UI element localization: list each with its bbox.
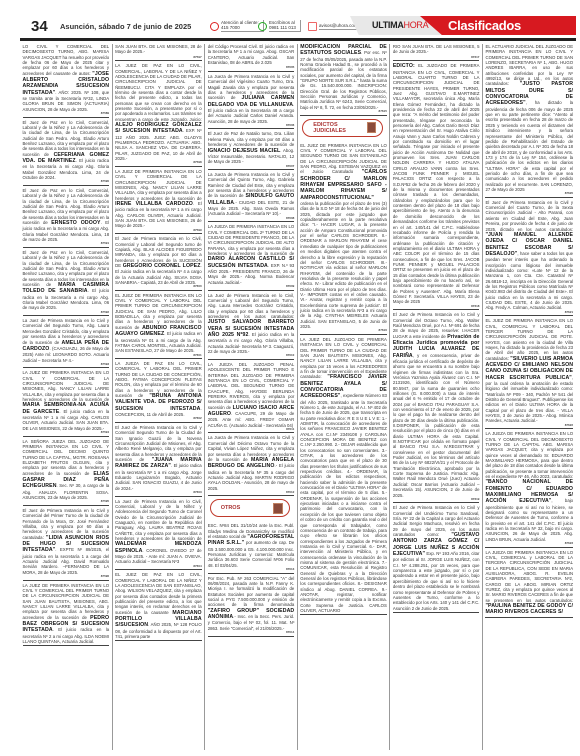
ad-code: 87617 xyxy=(393,56,480,60)
ad-code: 87616 xyxy=(300,329,387,333)
classified-ad: LA JUEZA DE PAZ EN LO CIVIL, COMERCIAL Y… xyxy=(115,361,202,423)
classified-ad: El Juez de Primera Instancia en lo Civil… xyxy=(485,200,573,316)
classified-ad: El Juez de Paz en lo Civil, Comercial, L… xyxy=(23,250,110,316)
ad-subject: IGNACIO DEJESUS MACIEL xyxy=(208,148,281,154)
ad-code: 87599 xyxy=(115,229,202,233)
classified-ad: LA JUEZ DE PRIMERA INSTANCIA EN LO CIVIL… xyxy=(23,583,110,647)
ad-text: LA JUEZ DE PAZ EN LO CIVIL, COMERCIAL, L… xyxy=(115,63,202,121)
classified-ad: SAN JUAN BTA. DE LAS MISIONES, 28 de May… xyxy=(115,44,202,61)
header-rule xyxy=(20,38,576,41)
ad-code: 87622 xyxy=(485,424,573,428)
ad-text: EL ACTUARIO JUDICIAL DEL JUZGADO DE PRIM… xyxy=(485,44,573,86)
ad-code: 87593 xyxy=(23,363,110,367)
column-5: RIO SAN JUAN BTA. DE LAS MISIONES, 5 de … xyxy=(390,44,483,750)
classified-ad: El Juez de Paz de Natalio turno, Dra. Li… xyxy=(208,131,295,170)
ad-code: 87594 xyxy=(23,431,110,435)
ad-text: LA JUEZ DE PRIMERA INSTANCIA EN LO CIVIL… xyxy=(115,169,202,201)
ad-text: , expediente Número 83 del Año 2025, tra… xyxy=(300,393,387,613)
ad-code: 87601 xyxy=(115,354,202,358)
classified-ad: LA JUEZA DEL JUZGADO PENAL ADOLESCENTE D… xyxy=(208,362,295,434)
whatsapp-icon xyxy=(258,22,267,31)
ad-subject: ERNESTO ODOOY xyxy=(51,220,100,226)
ad-code: 87600 xyxy=(115,285,202,289)
column-6: EL ACTUARIO JUDICIAL DEL JUZGADO DE PRIM… xyxy=(483,44,576,750)
ad-text: Exp. Nº 193 Año 2016, citar por edictos … xyxy=(393,551,480,610)
column-2: SAN JUAN BTA. DE LAS MISIONES, 28 de May… xyxy=(113,44,206,750)
ad-text: , ha dictado la providencia de fecha 006… xyxy=(485,100,573,192)
email-icon xyxy=(308,22,317,31)
ad-text: EL JUZGADO DE PRIMERA INSTANCIA EN LO CI… xyxy=(393,63,480,304)
customer-service-contact: Atención al cliente:415 7000 xyxy=(210,18,264,34)
classified-ad: LA JUEZ DE PRIMERA INSTANCIA EN LO CIVIL… xyxy=(115,169,202,234)
classified-ad: La Juez de Primera Instancia en lo Civil… xyxy=(115,499,202,571)
classified-ad: El Juez de Paz en lo Civil, Comercial, L… xyxy=(23,188,110,248)
ad-code: 87611 xyxy=(208,428,295,432)
ad-text: Por Esc. Pub. Nº 263 COMERCIAL "A" del 0… xyxy=(208,576,295,608)
classified-ad: El Juez de Primera Instancia en lo Civil… xyxy=(115,425,202,497)
classified-ad: del Código Procesal Civil. El juicio rad… xyxy=(208,44,295,72)
classified-ad: El Juez de Primera Instancia en lo Civil… xyxy=(115,236,202,291)
ad-code: 87613 xyxy=(208,568,295,572)
classified-ad: Por Esc. Pub. Nº 263 COMERCIAL "A" del 0… xyxy=(208,576,295,637)
ad-code: 87597 xyxy=(115,56,202,60)
classified-ad: LA JUEZ DE PRIMERA INSTANCIA EN LO CIVIL… xyxy=(23,370,110,436)
classified-ad: LA SEÑORA JUEZA DEL JUZGADO DE PRIMERA I… xyxy=(23,439,110,506)
ad-subject: GREGORIO CORONEL LOPEZ xyxy=(123,263,201,269)
ad-code: 87606 xyxy=(208,124,295,128)
ad-code: 87615 xyxy=(300,110,387,114)
ad-text: , hace saber a todos los que puedan tene… xyxy=(485,251,573,310)
ad-code: 87619 xyxy=(393,498,480,502)
classified-ad: LA JUEZA DE PRIMERA INSTANCIA EN LO CIVI… xyxy=(485,550,573,618)
classified-ad: LA JUEZ DE PAZ EN LO CIVIL, COMERCIAL, L… xyxy=(115,63,202,167)
ad-text: EL JUEZ DE PAZ EN LO CIVIL, COMERCIAL Y … xyxy=(115,572,202,614)
ad-text: SAN JUAN BTA. DE LAS MISIONES, 28 de May… xyxy=(115,44,202,54)
ad-subject: EDICTO: xyxy=(393,63,415,69)
ad-subject: IRENE VILLALBA CARDOZO xyxy=(115,201,193,207)
ad-code: 87603 xyxy=(115,491,202,495)
classified-ad: El Juez de Paz en lo Civil, Comercial, L… xyxy=(23,120,110,186)
ad-code: 87607 xyxy=(208,165,295,169)
ad-text: La Juez de Primera Instancia en lo Civil… xyxy=(115,499,202,541)
ad-text: La Juez de Primera Instancia en lo Civil… xyxy=(208,293,295,319)
classified-ad: La Juez de Primera Instancia en lo Civil… xyxy=(208,293,295,360)
ad-text: , por la cual ordena la anotación de est… xyxy=(485,375,573,424)
classified-ad: EL JUEZ DE PAZ EN LO CIVIL, COMERCIAL Y … xyxy=(115,572,202,641)
page-header: 34 Asunción, sábado 7 de junio de 2025 A… xyxy=(20,18,576,40)
ad-code: 87609 xyxy=(208,285,295,289)
ad-text: El Juez de Primera Instancia en lo Civil… xyxy=(485,200,573,232)
classified-ad: RIO SAN JUAN BTA. DE LAS MISIONES, 5 de … xyxy=(393,44,480,61)
classified-ad: EDICTO: EL JUZGADO DE PRIMERA INSTANCIA … xyxy=(393,63,480,310)
ad-code: 87591 xyxy=(23,242,110,246)
ad-code: 87610 xyxy=(208,354,295,358)
section-title: Clasificados xyxy=(448,18,521,33)
ad-text: EL JUEZ DE PRIMERA INSTANCIA EN LO CIVIL… xyxy=(485,318,573,360)
section-header-edictos: EDICTOS JUDICIALES xyxy=(302,119,383,137)
whatsapp-contact: Escríbinos al0981 111 013 xyxy=(258,18,301,34)
ad-code: 87590 xyxy=(23,180,110,184)
ad-code: 87605 xyxy=(208,66,295,70)
ad-code: 87623 xyxy=(485,542,573,546)
ad-text: , y en consecuencia, privar de eficacia … xyxy=(393,353,480,498)
classified-ad: EL JUEZ DE PRIMERA INSTANCIA EN LO CIVIL… xyxy=(485,318,573,429)
ad-text: RIO SAN JUAN BTA. DE LAS MISIONES, 5 de … xyxy=(393,44,480,54)
ad-text: LA JUEZA DE PRIMERA INSTANCIA EN LO CIVI… xyxy=(485,431,573,479)
ad-code: 87621 xyxy=(485,311,573,315)
ad-code: 87589 xyxy=(23,112,110,116)
gavel-book-icon xyxy=(273,503,283,514)
ad-code: 87612 xyxy=(208,491,295,495)
ad-code: 87592 xyxy=(23,311,110,315)
section-label: EDICTOS JUDICIALES xyxy=(313,122,366,134)
ad-text: LA JUEZA DE PRIMERA INSTANCIA EN LO CIVI… xyxy=(208,224,295,256)
brand-logo: ULTIMAHORA xyxy=(372,20,428,30)
publication-date: Asunción, sábado 7 de junio de 2025 xyxy=(60,22,191,31)
ad-code: 87598 xyxy=(115,161,202,165)
gavel-book-icon xyxy=(367,122,376,133)
ad-text: del Código Procesal Civil. El juicio rad… xyxy=(208,44,295,65)
classified-ad: EL JUEZ DE PRIMERA INSTANCIA EN LO CIVIL… xyxy=(300,143,387,335)
ad-code: 87618 xyxy=(393,305,480,309)
classified-ad: LO CIVIL Y COMERCIAL DEL DECIMOSEXTO TUR… xyxy=(23,44,110,118)
column-1: LO CIVIL Y COMERCIAL DEL DECIMOSEXTO TUR… xyxy=(20,44,113,750)
ad-subject: "PAULINA BENITEZ DE GODOY C/ MARIO RIVER… xyxy=(485,603,573,615)
classified-ad: La Jueza de Primera Instancia en lo Civi… xyxy=(208,435,295,496)
section-label: OTROS xyxy=(221,505,241,511)
ad-text: El Juez de Paz de Natalio turno, Dra. Li… xyxy=(208,131,295,147)
classified-ad: El Juez de Primera Instancia en lo Civil… xyxy=(393,312,480,503)
phone-icon xyxy=(210,22,219,31)
classified-ad: MODIFICACION PARCIAL DE ESTATUTOS SOCIAL… xyxy=(300,44,387,116)
ad-code: 87595 xyxy=(23,500,110,504)
classified-ad: La Jueza de Primera Instancia en lo Civi… xyxy=(208,74,295,130)
classified-ad: LA JUEZ DEL JUZGADO DE PRIMERA INSTANCIA… xyxy=(300,337,387,616)
classified-ad: La Juez de Primera Instancia en lo Civil… xyxy=(23,318,110,368)
ad-code: 87608 xyxy=(208,217,295,221)
classified-ad: El Juez de Primera Instancia en lo Civil… xyxy=(393,505,480,613)
classified-ad: ESC. Nº84 DEL 31/10/24 ante la Esc. Publ… xyxy=(208,523,295,573)
column-4: MODIFICACION PARCIAL DE ESTATUTOS SOCIAL… xyxy=(298,44,391,750)
ad-text: LA JUEZA DE PRIMERA INSTANCIA EN LO CIVI… xyxy=(485,550,573,603)
page-number: 34 xyxy=(31,18,48,35)
ad-code: 87602 xyxy=(115,417,202,421)
ad-text: LA JUEZA DEL JUZGADO PENAL ADOLESCENTE D… xyxy=(208,362,295,410)
ad-text: ordena la publicación por el plazo de tr… xyxy=(300,201,387,329)
ad-code: 87620 xyxy=(485,192,573,196)
ad-code: 87596 xyxy=(23,575,110,579)
column-3: del Código Procesal Civil. El juicio rad… xyxy=(205,44,298,750)
classifieds-columns: LO CIVIL Y COMERCIAL DEL DECIMOSEXTO TUR… xyxy=(20,44,576,750)
classified-ad: LA JUEZA DE PRIMERA INSTANCIA EN LO CIVI… xyxy=(208,224,295,290)
classified-ad: El Juez de Primera Instancia en lo Civil… xyxy=(23,508,110,581)
classified-ad: EL ACTUARIO JUDICIAL DEL JUZGADO DE PRIM… xyxy=(485,44,573,198)
classified-ad: EL JUEZ DE PRIMERA INSTANCIA EN LO CIVIL… xyxy=(115,293,202,359)
classified-ad: La Jueza de Primera Instancia en lo Civi… xyxy=(208,172,295,222)
ad-code: 87604 xyxy=(115,565,202,569)
ad-text: LA JUEZ DE PRIMERA INSTANCIA EN LO CIVIL… xyxy=(23,370,110,402)
ad-code: 87614 xyxy=(208,631,295,635)
ad-text: , bajo apercibimiento que si así no lo h… xyxy=(485,498,573,541)
ad-text: . Por esc. Nº 27 de fecha 05/05/2025, pa… xyxy=(300,50,387,109)
ad-text: LA JUEZ DEL JUZGADO DE PRIMERA INSTANCIA… xyxy=(300,337,387,379)
classified-ad: LA JUEZA DE PRIMERA INSTANCIA EN LO CIVI… xyxy=(485,431,573,547)
section-header-otros: OTROS xyxy=(210,499,291,517)
